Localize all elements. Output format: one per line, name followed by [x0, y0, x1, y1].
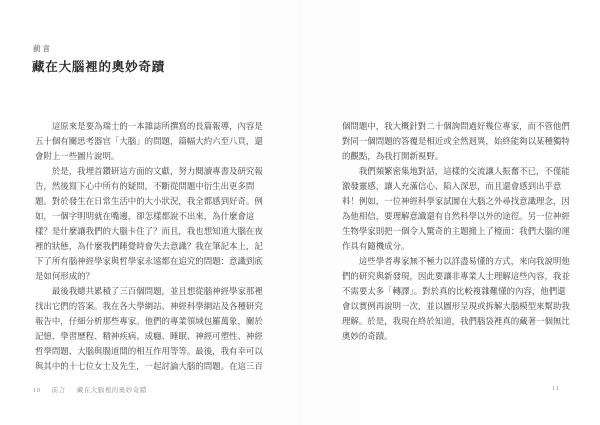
body-text-right: 個問題中，我大概針對二十個詢問過好幾位專家，而不管他們對同一個問題的答覆是相近或…: [342, 119, 572, 344]
left-footer: 10 前言 藏在大腦裡的奧妙奇蹟: [33, 385, 147, 394]
body-line: 奧妙的奇蹟。: [342, 329, 572, 344]
body-line: 告，然後寫下心中所有的疑問，不斷從問題中衍生出更多問: [35, 179, 265, 194]
body-line: 這些學者專家無不極力以詳盡易懂的方式，來向我說明他: [342, 254, 572, 269]
body-line: 為他相信，要理解意識還有自然科學以外的途徑。另一位神經: [342, 209, 572, 224]
body-line: 樣？是什麼讓我們的大腦卡住了？而且，我也想知道大腦在夜: [35, 224, 265, 239]
body-line: 這原來是要為瑞士的一本雜誌所撰寫的長篇報導，內容是: [35, 119, 265, 134]
body-line: 與其中的十七位女士及先生，一起討論大腦的問題。在這三百: [35, 359, 265, 374]
body-line: 找出它們的答案。我在各大學網站、神經科學網站及各種研究: [35, 299, 265, 314]
footer-page-number: 11: [552, 385, 559, 392]
body-line: 會以實例再說明一次，並以圖形呈現或拆解大腦模型來幫助我: [342, 299, 572, 314]
right-page: 個問題中，我大概針對二十個詢問過好幾位專家，而不管他們對同一個問題的答覆是相近或…: [300, 0, 600, 425]
body-line: 記憶、學習歷程、精神疾病、成癮、睡眠、神經可塑性、神經: [35, 329, 265, 344]
footer-book-title: 藏在大腦裡的奧妙奇蹟: [77, 387, 147, 394]
body-line: 激發靈感，讓人充滿信心、陷入深思，而且還會感到出乎意: [342, 179, 572, 194]
body-line: 是如何形成的？: [35, 269, 265, 284]
body-line: 於是，我埋首鑽研這方面的文獻，努力閱讀專書及研究報: [35, 164, 265, 179]
body-line: 五十個有關思考器官「大腦」的問題，篇幅大約六至八頁，還: [35, 134, 265, 149]
body-line: 們的研究與新發現，因此要讓非專業人士理解這些內容，我並: [342, 269, 572, 284]
body-line: 最後我總共累積了三百個問題，並且想從腦神經學家那裡: [35, 284, 265, 299]
body-line: 的觀點，為我打開新視野。: [342, 149, 572, 164]
footer-page-number: 10: [33, 387, 41, 394]
section-label: 前言: [33, 43, 52, 54]
book-spread: 前言 藏在大腦裡的奧妙奇蹟 這原來是要為瑞士的一本雜誌所撰寫的長篇報導，內容是五…: [0, 0, 600, 425]
body-line: 料！例如，一位神經科學家試圖在大腦之外尋找意識理念，因: [342, 194, 572, 209]
body-line: 對同一個問題的答覆是相近或全然迥異，始終能夠以某種獨特: [342, 134, 572, 149]
body-line: 我們頻繁密集地對話，這樣的交流讓人振奮不已，不僅能: [342, 164, 572, 179]
body-line: 生物學家則把一個令人驚奇的主題搬上了檯面：我們大腦的運: [342, 224, 572, 239]
body-line: 報告中，仔細分析那些專家。他們的專業領域包羅萬象，關於: [35, 314, 265, 329]
body-line: 題。對於發生在日常生活中的大小狀況，我全都感到好奇。例: [35, 194, 265, 209]
left-page: 前言 藏在大腦裡的奧妙奇蹟 這原來是要為瑞士的一本雜誌所撰寫的長篇報導，內容是五…: [0, 0, 300, 425]
body-line: 會附上一些圖片說明。: [35, 149, 265, 164]
body-line: 作具有隨機成分。: [342, 239, 572, 254]
body-line: 裡的狀態，為什麼我們睡覺時會失去意識？我在筆記本上，記: [35, 239, 265, 254]
body-line: 理解。於是，我現在終於知道，我們腦袋裡真的藏著一個無比: [342, 314, 572, 329]
body-line: 下了所有腦神經學家與哲學家永遠都在追究的問題：意識到底: [35, 254, 265, 269]
page-title: 藏在大腦裡的奧妙奇蹟: [32, 57, 165, 75]
body-line: 不需要太多「轉譯」。對於真的比較複雜難懂的內容，他們還: [342, 284, 572, 299]
body-line: 哲學問題、大腦與腸道間的相互作用等等。最後，我有幸可以: [35, 344, 265, 359]
body-line: 個問題中，我大概針對二十個詢問過好幾位專家，而不管他們: [342, 119, 572, 134]
footer-section-label: 前言: [52, 387, 66, 394]
right-footer: 11: [552, 385, 568, 392]
body-line: 如，一個字明明就在嘴邊，卻怎樣都說不出來，為什麼會這: [35, 209, 265, 224]
body-text-left: 這原來是要為瑞士的一本雜誌所撰寫的長篇報導，內容是五十個有關思考器官「大腦」的問…: [35, 119, 265, 374]
